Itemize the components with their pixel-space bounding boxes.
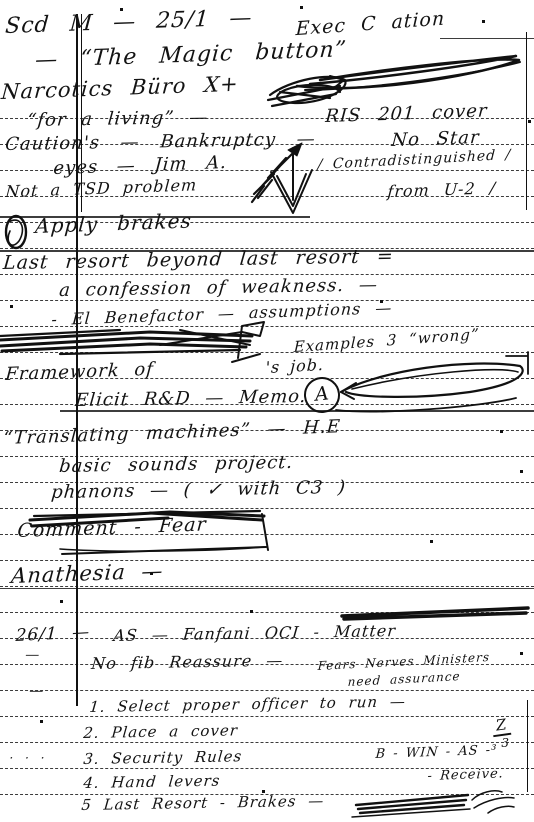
page-edge-line-right-bottom [527,700,528,792]
scan-speckle [482,20,485,23]
scan-speckle [250,610,253,613]
heavy-smear-right-mark [342,608,528,619]
handwriting-line: Anathesia — [11,561,165,587]
handwriting-line: / Contradistinguished / [317,148,511,172]
handwriting-line: a confession of weakness. — [58,276,378,300]
scan-speckle [10,305,13,308]
handwriting-line: B - WIN - AS -³ [375,744,498,761]
handwriting-line: “for a living” — [26,109,209,130]
margin-circle-mark [6,216,26,248]
handwriting-line: “Translating machines” — H.E [3,418,342,448]
handwriting-line: · · · [9,752,46,764]
handwriting-line: 26/1 — [15,624,90,645]
page-edge-line-right-top [526,32,527,210]
handwriting-line: RIS 201 cover [325,102,488,126]
handwriting-line: — [29,684,45,698]
fraction-note: Z 3 [492,716,510,750]
handwriting-line: No fib Reassure — [91,653,284,672]
scan-speckle [520,470,523,473]
handwriting-line: - El Benefactor — assumptions — [51,300,393,328]
scan-speckle [300,6,303,9]
ruled-line-heavy [440,38,534,39]
handwriting-line: basic sounds project. [58,454,294,476]
scan-speckle [120,8,123,11]
handwriting-line: 1. Select proper officer to run — [89,694,407,715]
handwriting-line: Apply brakes [35,211,193,237]
handwriting-line: Framework of [5,361,155,384]
handwriting-line: phanons — ( ✓ with C3 ) [50,479,346,502]
ruled-line [0,274,534,275]
handwriting-line: — [25,648,41,662]
fraction-numerator: Z [491,715,512,737]
down-arrow-mark [271,148,312,213]
scan-speckle [40,720,43,723]
scan-speckle [520,652,523,655]
handwriting-line: 4. Hand levers [83,774,221,791]
handwriting-line: from U-2 / [387,180,497,200]
heavy-strikethrough-left-mark [0,330,252,354]
scanned-note-page: Scd M — 25/1 —Exec C ation— “The Magic b… [0,0,534,822]
scan-speckle [150,572,153,575]
handwriting-line: AS — Fanfani OCI - Matter [113,623,397,644]
ruled-line [0,742,534,743]
fraction-denominator: 3 [492,736,510,750]
pen-hatch-scribble-mark [252,143,302,202]
scan-speckle [380,300,383,303]
scan-speckle [262,790,265,793]
scribble-blob-narcotics-mark [268,76,346,106]
scan-speckle [500,430,503,433]
handwriting-line: Scd M — 25/1 — [4,7,253,38]
handwriting-line: Elicit R&D — Memo. [74,388,307,410]
handwriting-line: eyes — Jim A. [53,154,228,178]
ruled-line [0,508,534,509]
handwriting-line: Last resort beyond last resort = [2,247,394,273]
handwriting-line: 2. Place a cover [83,723,239,741]
handwriting-line: Narcotics Büro X+ [1,74,240,103]
scan-speckle [60,600,63,603]
handwriting-line: 5 Last Resort - Brakes — [81,794,325,813]
ruled-line [0,612,534,613]
handwriting-line: Exec C ation [295,10,445,40]
ruled-line [0,716,534,717]
scan-speckle [430,540,433,543]
ruled-line-heavy [0,588,534,589]
arrow-flag-mark [232,322,264,362]
long-oval-arrow-memo-mark [336,352,528,412]
ruled-line [0,690,534,691]
handwriting-line: - Receive. [427,767,504,783]
handwriting-line: need assurance [347,670,461,688]
handwriting-line: Caution's — Bankruptcy — [4,131,316,154]
handwriting-line: No Star [391,129,480,150]
handwriting-line: 's job. [265,357,324,376]
handwriting-line: Fears Nerves Ministers [317,651,490,672]
ruled-line [0,352,534,353]
handwriting-line: Comment - Fear [17,515,208,541]
handwriting-line: 3. Security Rules [83,749,243,767]
ruled-line-heavy [60,410,534,412]
circled-letter-A: A [302,375,342,415]
ruled-line [0,586,534,587]
handwriting-line: Examples 3 “wrong” [293,327,479,355]
scan-speckle [528,120,531,123]
